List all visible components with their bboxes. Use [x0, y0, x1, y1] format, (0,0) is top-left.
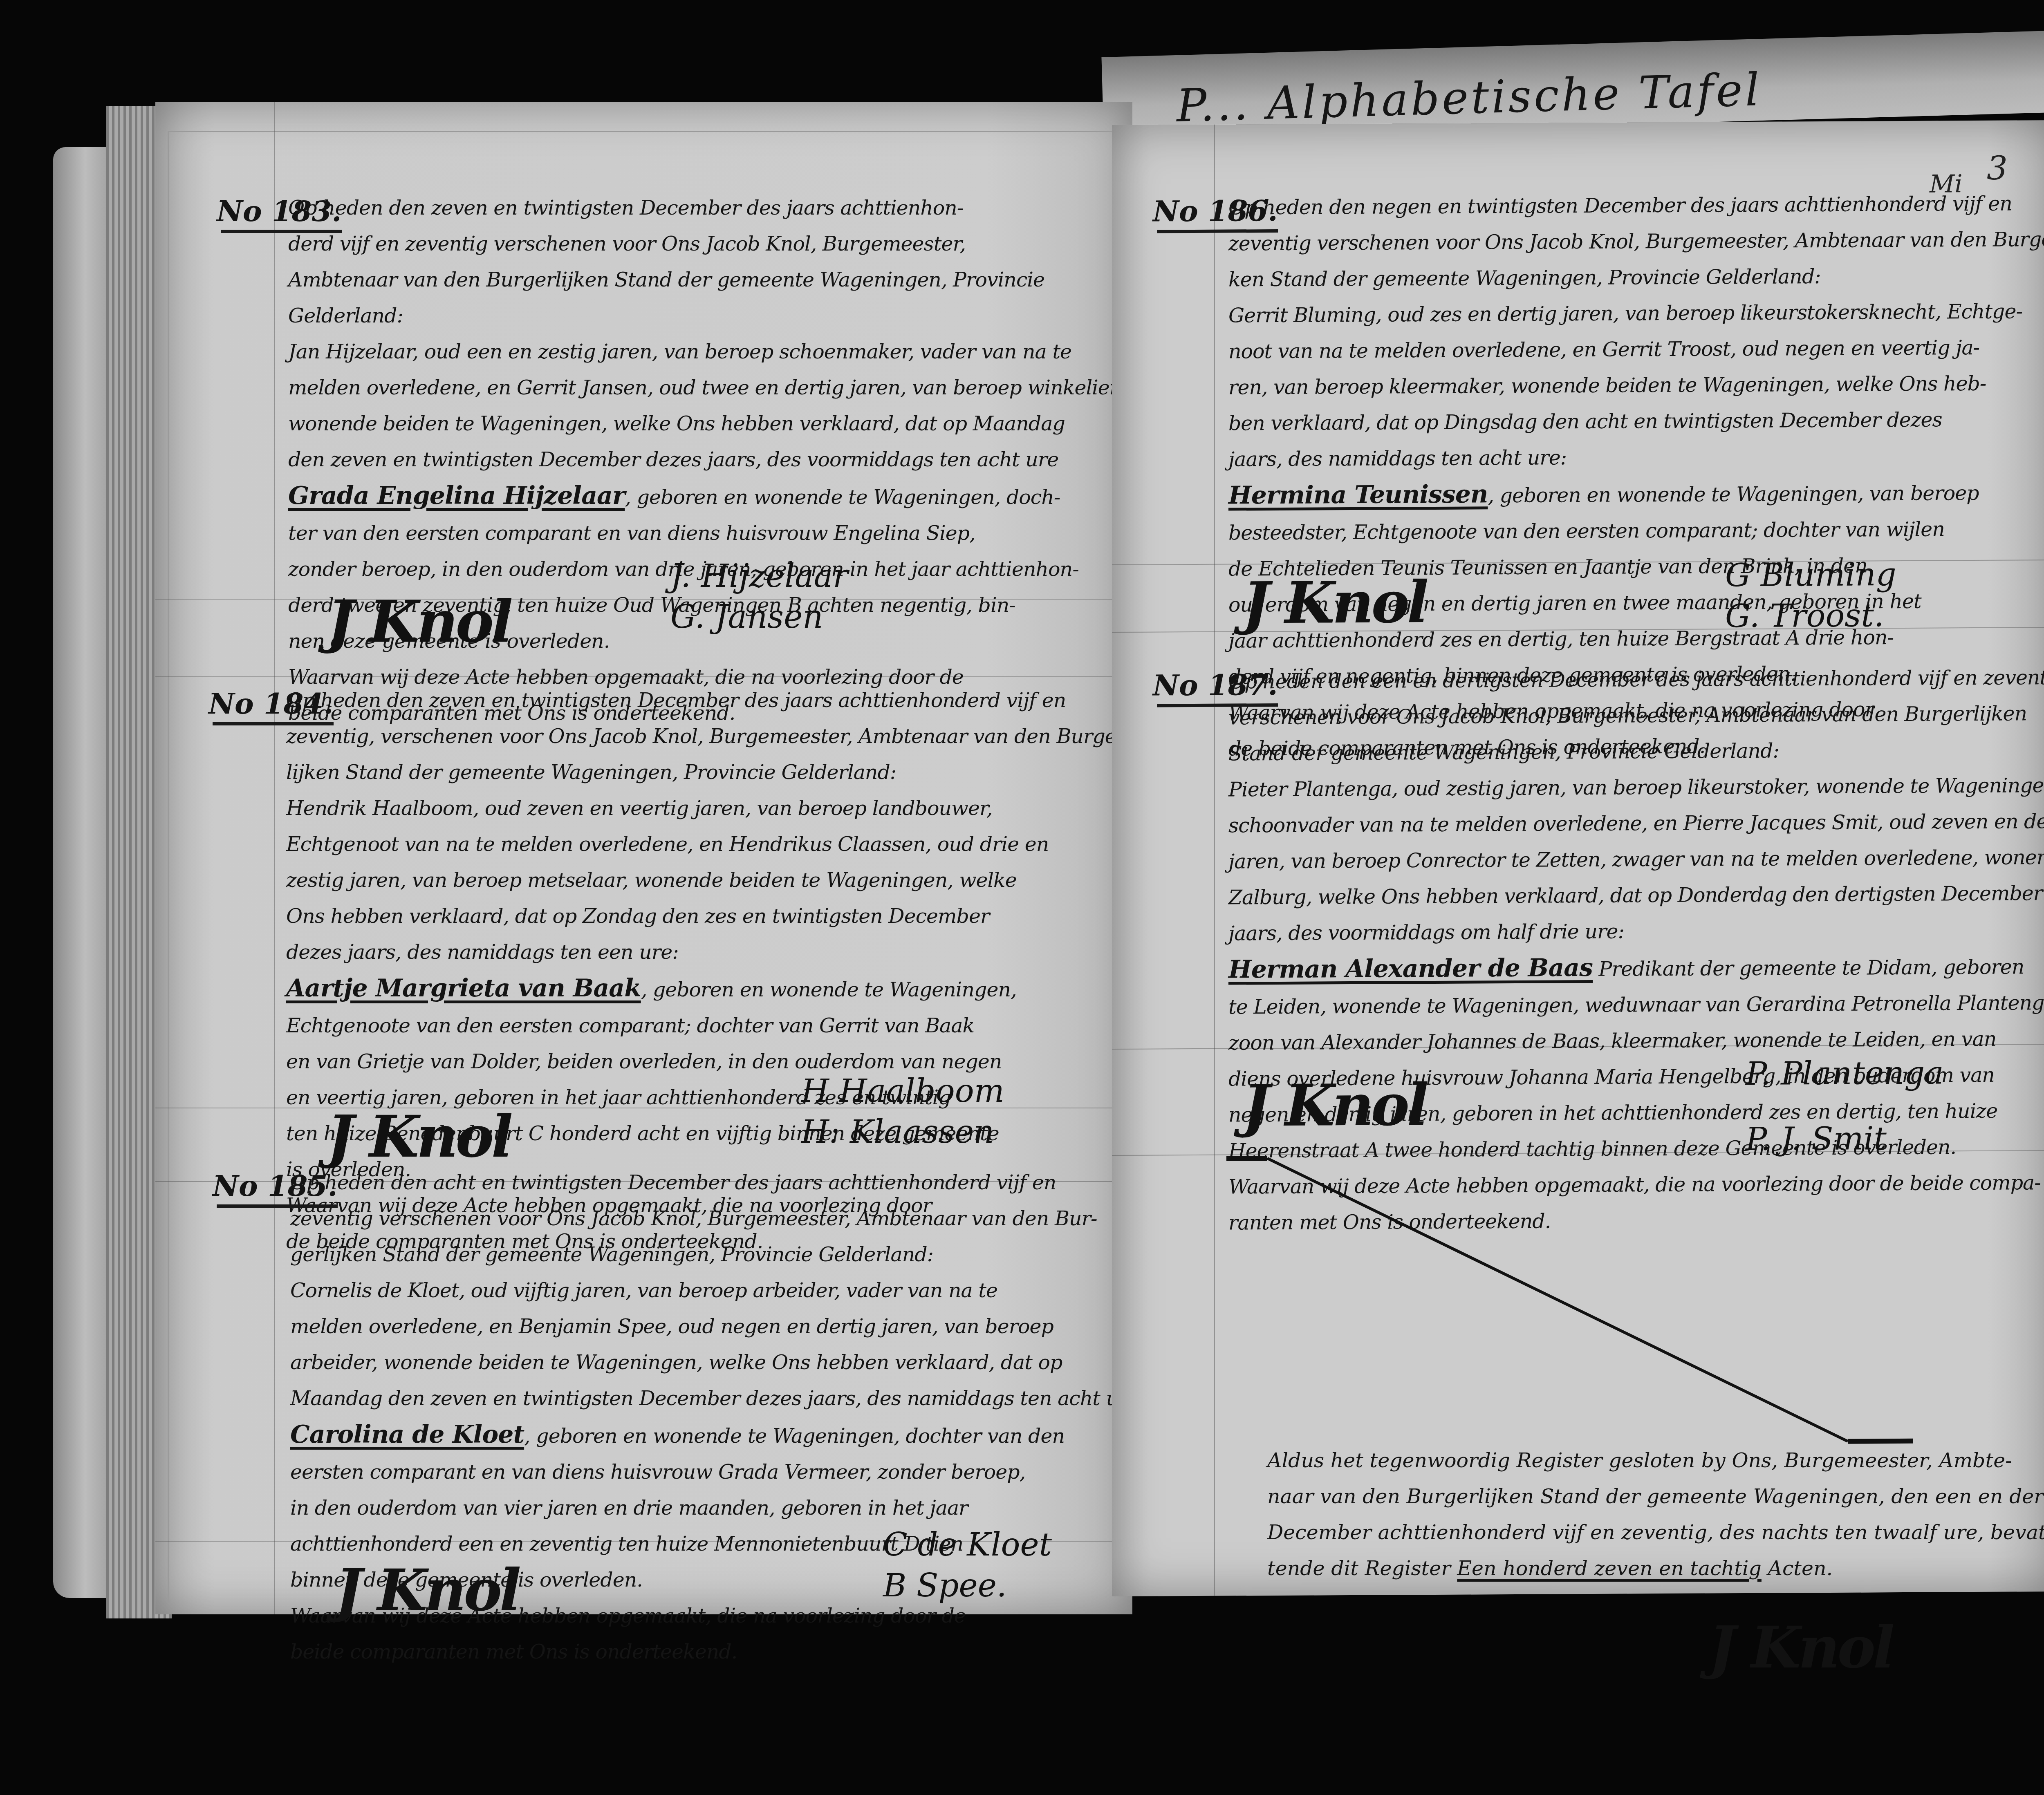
entry-line: Stand der gemeente Wageningen, Provincie… [1228, 731, 2044, 772]
entry-line: Cornelis de Kloet, oud vijftig jaren, va… [290, 1273, 1139, 1309]
entry-line: besteedster, Echtgenoote van den eersten… [1228, 511, 2044, 551]
entry-line: Op heden den negen en twintigsten Decemb… [1228, 186, 2044, 226]
entry-line: eersten comparant en van diens huisvrouw… [290, 1454, 1139, 1490]
entry-line: ken Stand der gemeente Wageningen, Provi… [1228, 257, 2044, 298]
right-page: 3 No 186. Op heden den negen en twintigs… [1112, 120, 2044, 1596]
entry-line: lijken Stand der gemeente Wageningen, Pr… [286, 754, 1132, 790]
entry-line: zeventig verschenen voor Ons Jacob Knol,… [1228, 222, 2044, 262]
entry-line: in den ouderdom van vier jaren en drie m… [290, 1490, 1139, 1526]
index-strip-text: P... Alphabetische Tafel [1176, 63, 1762, 132]
entry-line: verschenen voor Ons Jacob Knol, Burgemee… [1228, 695, 2044, 736]
deceased-name: Grada Engelina Hijzelaar [288, 481, 625, 510]
entry-line-fragment: , geboren en wonende te Wageningen, doch… [524, 1424, 1065, 1448]
signature-witness: C de Kloet [883, 1524, 1052, 1565]
deceased-name: Hermina Teunissen [1228, 480, 1488, 510]
signature-witness: H Haalboom [801, 1071, 1004, 1112]
entry-line: en van Grietje van Dolder, beiden overle… [286, 1044, 1132, 1080]
entry-line-fragment: , geboren en wonende te Wageningen, doch… [625, 486, 1060, 509]
signature-official: J Knol [1243, 1072, 1426, 1139]
closing-line: tende dit Register Een honderd zeven en … [1267, 1551, 2044, 1587]
entry-line-fragment: , geboren en wonende te Wageningen, [641, 978, 1017, 1001]
entry-line: Herman Alexander de Baas Predikant der g… [1228, 947, 2044, 989]
entry-line: Grada Engelina Hijzelaar, geboren en won… [288, 478, 1122, 515]
entry-line: Op heden den zeven en twintigsten Decemb… [288, 190, 1122, 226]
closing-text: Aldus het tegenwoordig Register gesloten… [1267, 1443, 2044, 1587]
deceased-name: Carolina de Kloet [290, 1420, 524, 1449]
entry-line: arbeider, wonende beiden te Wageningen, … [290, 1345, 1139, 1381]
signature-witnesses: J. Hijzelaar G. Jansen [670, 556, 848, 638]
entry-line: Gelderland: [288, 298, 1122, 334]
signature-witnesses: H Haalboom H: Klaassen [801, 1071, 1004, 1153]
entry-line: Op heden den acht en twintigsten Decembe… [290, 1165, 1139, 1201]
entry-line: ren, van beroep kleermaker, wonende beid… [1228, 365, 2044, 406]
closing-line: naar van den Burgerlijken Stand der geme… [1267, 1479, 2044, 1515]
deceased-name: Aartje Margrieta van Baak [286, 974, 641, 1003]
entry-line: Ons hebben verklaard, dat op Zondag den … [286, 898, 1132, 934]
signature-official: J Knol [327, 1103, 511, 1171]
signature-witness: B Spee. [883, 1565, 1052, 1606]
entry-line: noot van na te melden overledene, en Ger… [1228, 329, 2044, 370]
signature-witness: P. Plantenga [1746, 1052, 1944, 1094]
entry-line: den zeven en twintigsten December dezes … [288, 442, 1122, 478]
closing-line: December achttienhonderd vijf en zeventi… [1267, 1515, 2044, 1551]
entry-line: Hendrik Haalboom, oud zeven en veertig j… [286, 790, 1132, 826]
closing-line-fragment: tende dit Register [1267, 1557, 1457, 1580]
entry-line-fragment: Predikant der gemeente te Didam, geboren [1593, 955, 2024, 981]
deceased-name: Herman Alexander de Baas [1228, 953, 1593, 984]
entry-line: Op heden den zeven en twintigsten Decemb… [286, 683, 1132, 718]
entry-line-fragment: , geboren en wonende te Wageningen, van … [1488, 481, 1979, 507]
entry-line: Op heden den een en dertigsten December … [1228, 659, 2044, 700]
entry-line: Echtgenoote van den eersten comparant; d… [286, 1008, 1132, 1044]
entry-line: wonende beiden te Wageningen, welke Ons … [288, 406, 1122, 442]
closing-line: Aldus het tegenwoordig Register gesloten… [1267, 1443, 2044, 1479]
register-closing-statement: Aldus het tegenwoordig Register gesloten… [1267, 1443, 2044, 1587]
entry-line: jaars, des namiddags ten acht ure: [1228, 437, 2044, 478]
entry-line: dezes jaars, des namiddags ten een ure: [286, 934, 1132, 970]
entry-line: zeventig verschenen voor Ons Jacob Knol,… [290, 1201, 1139, 1237]
entry-line: ben verklaard, dat op Dingsdag den acht … [1228, 401, 2044, 442]
entry-line: Jan Hijzelaar, oud een en zestig jaren, … [288, 334, 1122, 370]
entry-line: Pieter Plantenga, oud zestig jaren, van … [1228, 767, 2044, 808]
entry-line: te Leiden, wonende te Wageningen, weduwn… [1228, 985, 2044, 1025]
entry-line: Echtgenoot van na te melden overledene, … [286, 826, 1132, 862]
closing-line-fragment: Acten. [1762, 1557, 1833, 1580]
page-number: 3 [1987, 149, 2008, 187]
total-acts-count: Een honderd zeven en tachtig [1457, 1557, 1762, 1580]
left-margin-rule [274, 102, 275, 1614]
entry-line: derd vijf en zeventig verschenen voor On… [288, 226, 1122, 262]
signature-witness: J. Hijzelaar [670, 556, 848, 597]
entry-line: Zalburg, welke Ons hebben verklaard, dat… [1228, 875, 2044, 915]
entry-line: beide comparanten met Ons is onderteeken… [290, 1634, 1139, 1670]
signature-witness: G. Jansen [670, 597, 848, 638]
entry-line: Aartje Margrieta van Baak, geboren en wo… [286, 970, 1132, 1008]
signature-witnesses: C de Kloet B Spee. [883, 1524, 1052, 1606]
entry-line: schoonvader van na te melden overledene,… [1228, 803, 2044, 844]
entry-line: Ambtenaar van den Burgerlijken Stand der… [288, 262, 1122, 298]
signature-witness: H: Klaassen [801, 1112, 1004, 1153]
entry-line: Carolina de Kloet, geboren en wonende te… [290, 1417, 1139, 1454]
entry-line: melden overledene, en Benjamin Spee, oud… [290, 1309, 1139, 1345]
entry-line: melden overledene, en Gerrit Jansen, oud… [288, 370, 1122, 406]
entry-line: ter van den eersten comparant en van die… [288, 515, 1122, 551]
margin-note: Mi [1930, 170, 1963, 198]
entry-line: zeventig, verschenen voor Ons Jacob Knol… [286, 718, 1132, 754]
signature-witness: G. Troost. [1725, 595, 1896, 637]
signature-official: J Knol [335, 1557, 519, 1624]
left-page: No 183. Op heden den zeven en twintigste… [155, 102, 1132, 1614]
entry-line: jaars, des voormiddags om half drie ure: [1228, 911, 2044, 951]
signature-official: J Knol [1243, 569, 1426, 637]
signature-official-closing: J Knol [1709, 1614, 1892, 1681]
entry-line: Hermina Teunissen, geboren en wonende te… [1228, 473, 2044, 515]
signature-witnesses: G Bluming G. Troost. [1725, 554, 1896, 637]
signature-official: J Knol [327, 589, 511, 656]
entry-line: Gerrit Bluming, oud zes en dertig jaren,… [1228, 293, 2044, 334]
entry-line: gerlijken Stand der gemeente Wageningen,… [290, 1237, 1139, 1273]
entry-line: Maandag den zeven en twintigsten Decembe… [290, 1381, 1139, 1417]
signature-witness: G Bluming [1725, 554, 1896, 596]
entry-line: jaren, van beroep Conrector te Zetten, z… [1228, 839, 2044, 880]
entry-line: zestig jaren, van beroep metselaar, wone… [286, 862, 1132, 898]
